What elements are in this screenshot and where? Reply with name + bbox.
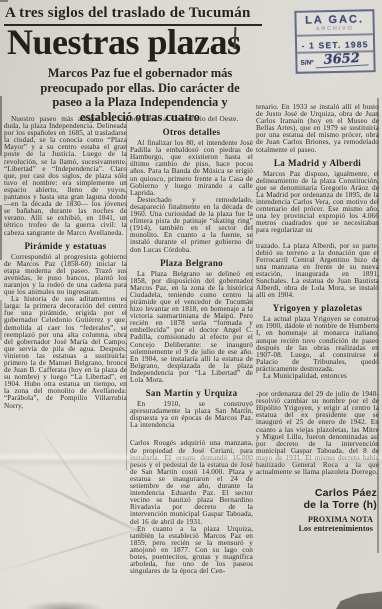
column-1: Nuestro paseo más antiguo es, sin duda, … bbox=[4, 116, 127, 410]
paragraph: Destechado y remodelado, desapareció fin… bbox=[130, 197, 253, 254]
stamp-number-label: S/Nº bbox=[300, 59, 313, 67]
paragraph: La Municipalidad, entonces bbox=[256, 373, 379, 380]
stamp-date: - 1 SET. 1985 bbox=[297, 35, 373, 54]
archive-stamp: LA GAC. ARCHIVO - 1 SET. 1985 S/Nº 3652 bbox=[294, 9, 375, 74]
column-rule bbox=[126, 118, 127, 470]
paragraph: tenario. En 1933 se instaló allí el bust… bbox=[256, 104, 379, 154]
kicker: A tres siglos del traslado de Tucumán bbox=[5, 5, 251, 22]
next-note-label: PROXIMA NOTA bbox=[256, 515, 373, 524]
paragraph: hoy frente al Cementerio del Oeste. bbox=[130, 116, 253, 123]
paragraph: Nuestro paseo más antiguo es, sin duda, … bbox=[4, 116, 127, 237]
torn-edge-mark bbox=[0, 300, 2, 340]
torn-edge-mark bbox=[0, 96, 2, 156]
paragraph: Correspondió al progresista gobierno de … bbox=[4, 254, 127, 297]
paragraph: Al finalizar los 80, el intendente José … bbox=[130, 140, 253, 197]
torn-edge-mark bbox=[0, 205, 2, 260]
paragraph: En 1910, se construyó apresuradamente la… bbox=[130, 401, 253, 429]
stamp-number-handwritten: 3652 bbox=[315, 52, 368, 68]
section-heading-otros-detalles: Otros detalles bbox=[130, 127, 253, 137]
byline: Carlos Páez de la Torre (h) bbox=[256, 488, 379, 511]
section-heading-plaza-belgrano: Plaza Belgrano bbox=[130, 258, 253, 268]
section-heading-yrigoyen-y-plazoletas: Yrigoyen y plazoletas bbox=[256, 303, 379, 313]
torn-edge-mark bbox=[0, 0, 8, 2]
column-rule bbox=[252, 225, 253, 310]
paragraph: En cuanto a la plaza Urquiza, también la… bbox=[130, 526, 253, 576]
paragraph: La actual plaza Yrigoyen se construó en … bbox=[256, 316, 379, 373]
stamp-header: LA GAC. ARCHIVO bbox=[296, 11, 372, 37]
section-heading-piramide-y-estatuas: Pirámide y estatuas bbox=[4, 241, 127, 251]
next-note: PROXIMA NOTA Los entretenimientos bbox=[256, 515, 379, 533]
byline-line-2: de la Torre (h) bbox=[256, 500, 377, 512]
stamp-number-row: S/Nº 3652 bbox=[297, 52, 373, 70]
fold-crease bbox=[35, 421, 105, 520]
stamp-subtitle: ARCHIVO bbox=[297, 25, 373, 33]
section-heading-la-madrid-y-alberdi: La Madrid y Alberdi bbox=[256, 158, 379, 168]
backing-corner bbox=[336, 590, 382, 609]
byline-line-1: Carlos Páez bbox=[256, 488, 377, 500]
paragraph: La historia de sus aditamentos es larga:… bbox=[4, 296, 127, 410]
section-heading-san-martin-y-urquiza: San Martín y Urquiza bbox=[130, 388, 253, 398]
next-note-title: Los entretenimientos bbox=[256, 524, 373, 533]
newspaper-clipping: A tres siglos del traslado de Tucumán Nu… bbox=[0, 0, 382, 609]
column-3: tenario. En 1933 se instaló allí el bust… bbox=[256, 104, 379, 533]
paper-edge-shadow bbox=[25, 601, 103, 609]
paragraph: Marcos Paz dispuso, igualmente, el delin… bbox=[256, 171, 379, 235]
headline: Nuestras plazas bbox=[7, 22, 241, 62]
paragraph: La Plaza Belgrano se delineó en 1858, po… bbox=[130, 271, 253, 385]
clipping-right-edge bbox=[377, 98, 379, 553]
paragraph: trazado. La plaza Alberdi, por su parte,… bbox=[256, 243, 379, 300]
column-2: hoy frente al Cementerio del Oeste. Otro… bbox=[130, 116, 253, 575]
